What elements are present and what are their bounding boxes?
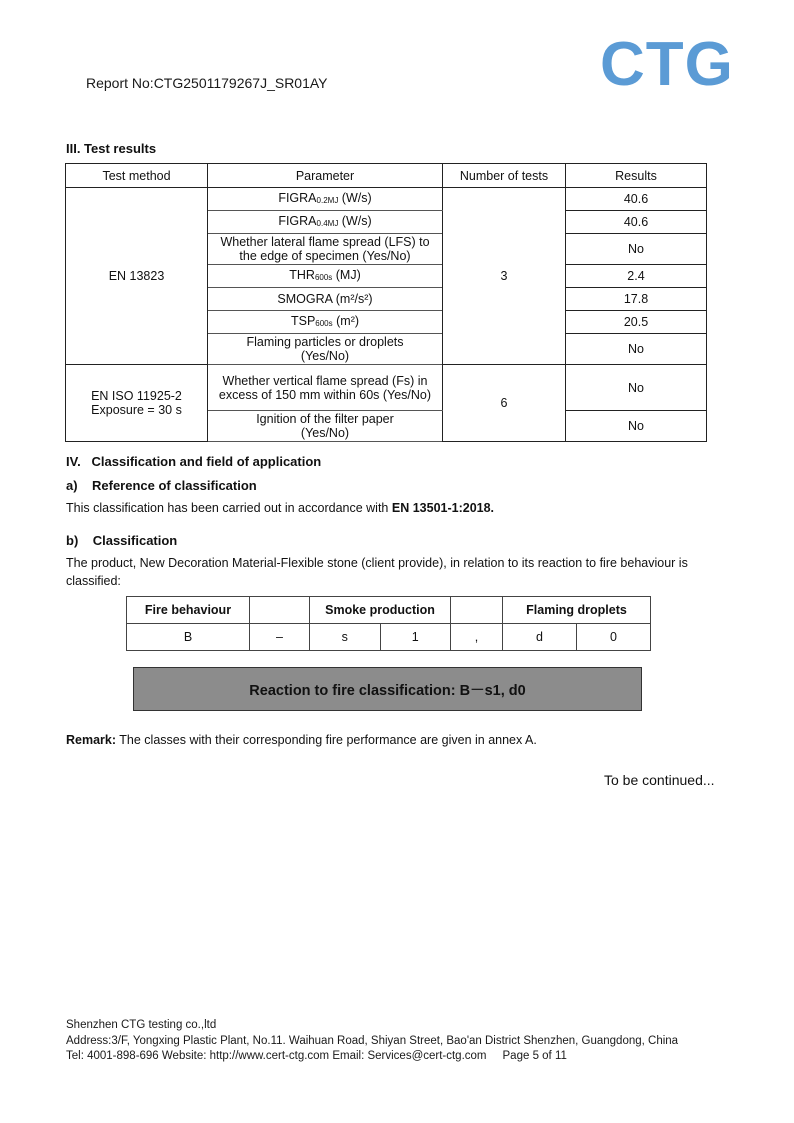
remark: Remark: The classes with their correspon… [66,733,537,747]
section-title-classification: IV. Classification and field of applicat… [66,454,321,469]
col-header-results: Results [566,164,707,188]
class-value: – [250,624,310,651]
header-blank [451,597,503,624]
subsection-title-classification: b) Classification [66,533,177,548]
parameter-cell: Whether vertical flame spread (Fs) in ex… [208,365,443,411]
class-value: s [310,624,381,651]
col-header-parameter: Parameter [208,164,443,188]
classification-text: The product, New Decoration Material-Fle… [66,554,706,590]
result-cell: 17.8 [566,288,707,311]
class-value: d [503,624,577,651]
header-smoke-production: Smoke production [310,597,451,624]
parameter-cell: SMOGRA (m²/s²) [208,288,443,311]
test-method-cell: EN ISO 11925-2Exposure = 30 s [66,365,208,442]
class-value: 0 [577,624,651,651]
ctg-logo: CTG [600,30,734,100]
classification-table: Fire behaviour Smoke production Flaming … [126,596,651,651]
result-cell: No [566,334,707,365]
parameter-cell: Ignition of the filter paper (Yes/No) [208,411,443,442]
class-value: 1 [380,624,451,651]
parameter-cell: FIGRA0.2MJ (W/s) [208,188,443,211]
standard-reference: EN 13501-1:2018. [392,501,494,515]
result-cell: No [566,365,707,411]
col-header-number-of-tests: Number of tests [443,164,566,188]
col-header-test-method: Test method [66,164,208,188]
number-of-tests-cell: 3 [443,188,566,365]
result-cell: 40.6 [566,188,707,211]
test-method-cell: EN 13823 [66,188,208,365]
reaction-classification-box: Reaction to fire classification: B－s1, d… [133,667,642,711]
parameter-cell: THR600s (MJ) [208,265,443,288]
parameter-cell: Whether lateral flame spread (LFS) to th… [208,234,443,265]
reference-text: This classification has been carried out… [66,501,494,515]
parameter-cell: TSP600s (m²) [208,311,443,334]
header-blank [250,597,310,624]
result-cell: No [566,411,707,442]
test-results-table: Test method Parameter Number of tests Re… [65,163,707,442]
footer-company: Shenzhen CTG testing co.,ltd [66,1019,216,1031]
header-fire-behaviour: Fire behaviour [127,597,250,624]
page-number: Page 5 of 11 [503,1050,567,1062]
result-cell: No [566,234,707,265]
class-value: B [127,624,250,651]
section-title-test-results: III. Test results [66,141,156,156]
footer-contact: Tel: 4001-898-696 Website: http://www.ce… [66,1050,567,1062]
footer-address: Address:3/F, Yongxing Plastic Plant, No.… [66,1035,678,1047]
parameter-cell: FIGRA0.4MJ (W/s) [208,211,443,234]
number-of-tests-cell: 6 [443,365,566,442]
result-cell: 2.4 [566,265,707,288]
report-number: Report No:CTG2501179267J_SR01AY [86,75,328,91]
result-cell: 40.6 [566,211,707,234]
to-be-continued: To be continued... [604,772,715,788]
parameter-cell: Flaming particles or droplets (Yes/No) [208,334,443,365]
result-cell: 20.5 [566,311,707,334]
subsection-title-reference: a) Reference of classification [66,478,257,493]
class-value: , [451,624,503,651]
header-flaming-droplets: Flaming droplets [503,597,651,624]
